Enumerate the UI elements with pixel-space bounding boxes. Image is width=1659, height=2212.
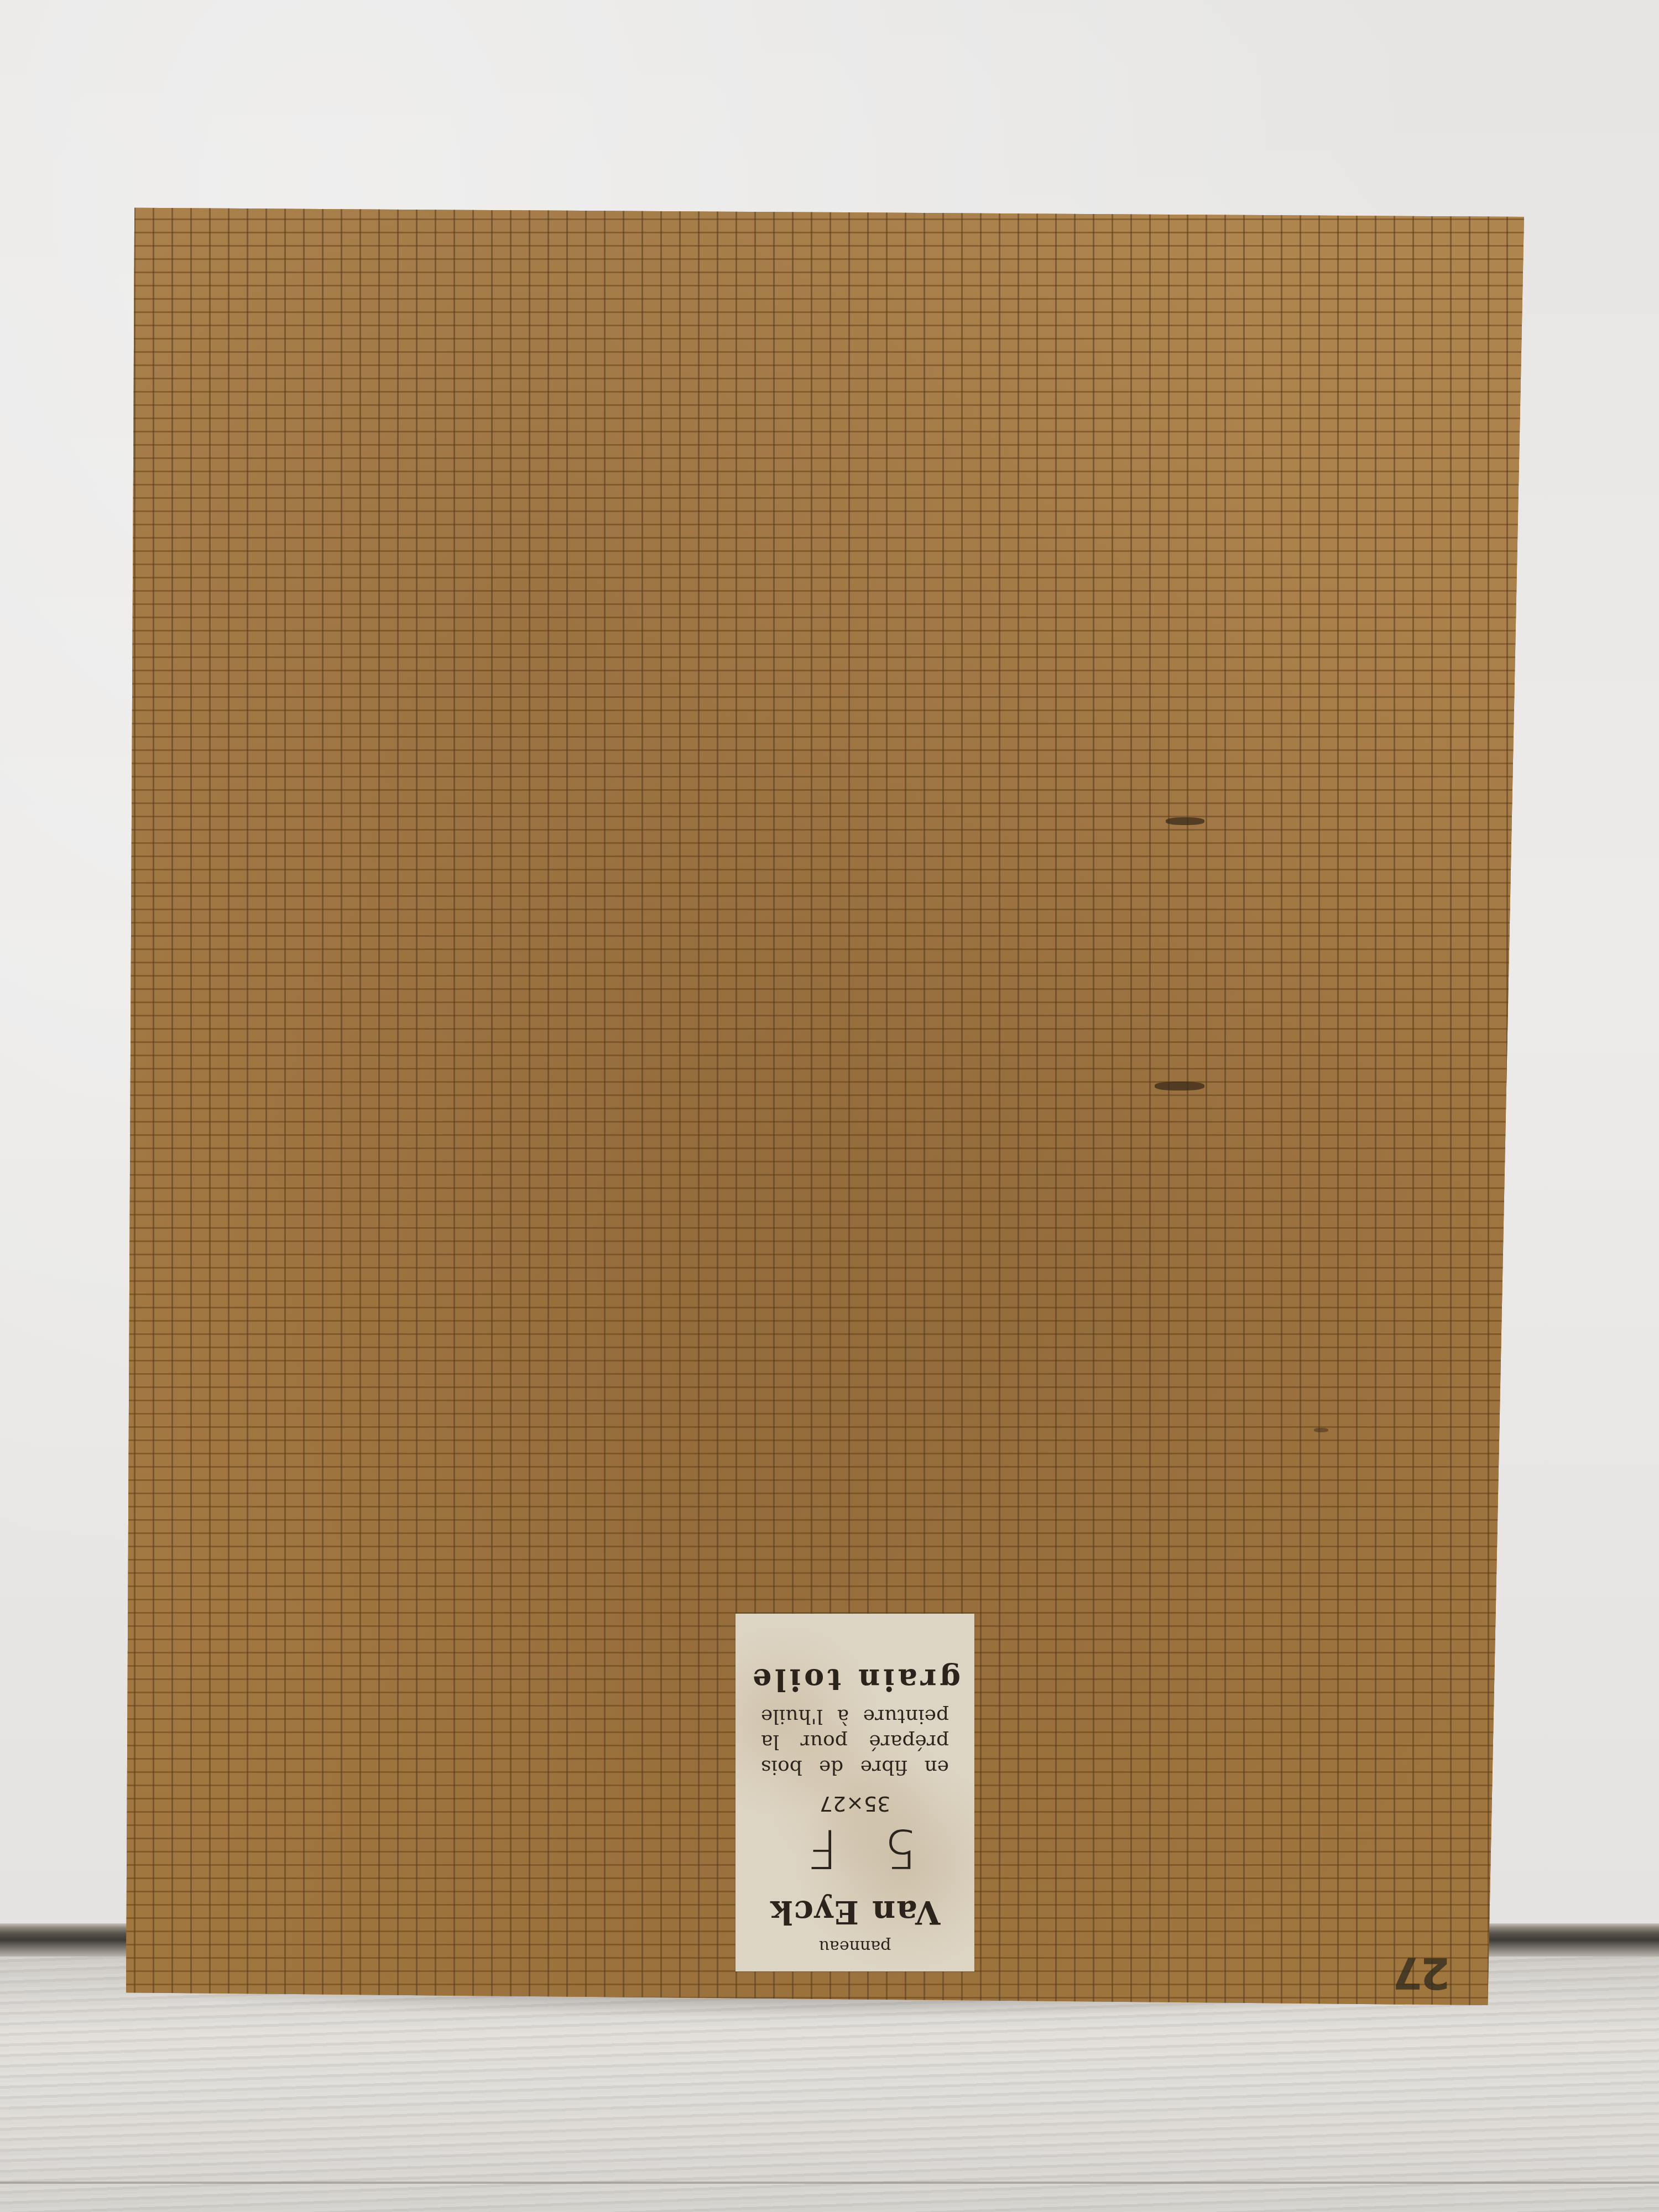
- ink-mark: [1166, 817, 1204, 825]
- ink-mark: [1314, 1428, 1328, 1432]
- ink-mark: [1155, 1082, 1204, 1091]
- label-type: panneau: [819, 1937, 891, 1956]
- label-brand: Van Eyck: [769, 1893, 940, 1931]
- floor-plank-seam: [0, 2182, 1659, 2184]
- label-description-line: peinture à l'huile: [761, 1703, 949, 1729]
- label-texture: grain toile: [749, 1662, 961, 1698]
- manufacturer-label: panneau Van Eyck 5 F 35×27 en fibre de b…: [735, 1614, 974, 1971]
- label-dimensions: 35×27: [820, 1792, 891, 1816]
- label-description-line: en fibre de bois: [761, 1754, 949, 1780]
- handwritten-number: 27: [1395, 1948, 1451, 1997]
- label-text-block: panneau Van Eyck 5 F 35×27 en fibre de b…: [735, 1614, 974, 1971]
- label-size-code: 5 F: [793, 1822, 917, 1875]
- label-description-line: préparé pour la: [761, 1729, 949, 1754]
